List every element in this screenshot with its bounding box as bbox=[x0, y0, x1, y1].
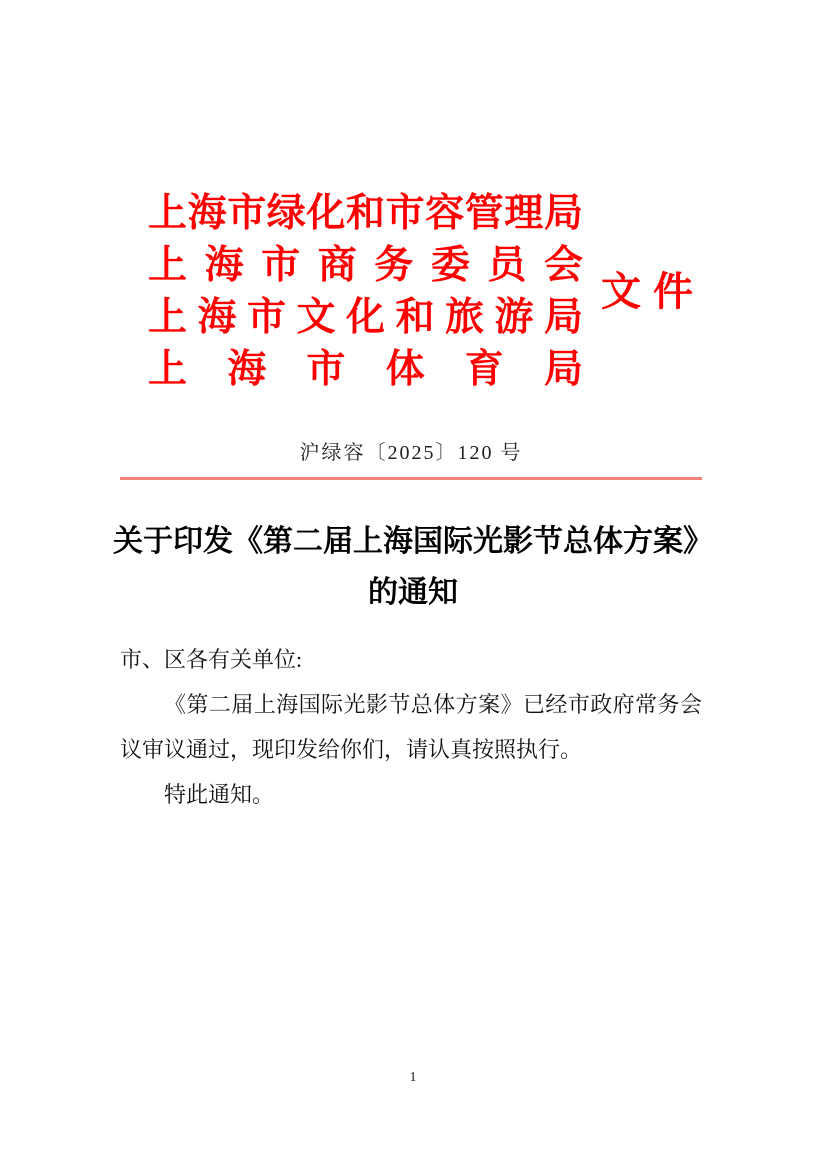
agency-name-commerce-commission: 上海市商务委员会 bbox=[148, 240, 583, 292]
body-paragraph-closing: 特此通知。 bbox=[120, 772, 702, 817]
doc-type-label: 文件 bbox=[601, 270, 693, 314]
red-separator-line bbox=[120, 477, 702, 480]
page-number: 1 bbox=[0, 1070, 826, 1086]
document-title-line1: 关于印发《第二届上海国际光影节总体方案》 bbox=[113, 525, 713, 558]
document-number: 沪绿容〔2025〕120 号 bbox=[120, 436, 702, 465]
agency-name-sports-bureau: 上海市体育局 bbox=[148, 344, 583, 396]
salutation: 市、区各有关单位: bbox=[120, 637, 702, 682]
letterhead: 上海市绿化和市容管理局 上海市商务委员会 上海市文化和旅游局 上海市体育局 文件 bbox=[148, 188, 693, 396]
document-title-line2: 的通知 bbox=[368, 576, 458, 609]
document-page: 上海市绿化和市容管理局 上海市商务委员会 上海市文化和旅游局 上海市体育局 文件… bbox=[0, 0, 826, 1169]
body-paragraph-main: 《第二届上海国际光影节总体方案》已经市政府常务会议审议通过，现印发给你们，请认真… bbox=[120, 682, 702, 772]
agency-name-culture-tourism-bureau: 上海市文化和旅游局 bbox=[148, 292, 583, 344]
document-title: 关于印发《第二届上海国际光影节总体方案》 的通知 bbox=[100, 516, 726, 618]
agency-name-greening-bureau: 上海市绿化和市容管理局 bbox=[148, 188, 583, 240]
agency-name-list: 上海市绿化和市容管理局 上海市商务委员会 上海市文化和旅游局 上海市体育局 bbox=[148, 188, 583, 396]
document-body: 市、区各有关单位: 《第二届上海国际光影节总体方案》已经市政府常务会议审议通过，… bbox=[120, 637, 702, 817]
